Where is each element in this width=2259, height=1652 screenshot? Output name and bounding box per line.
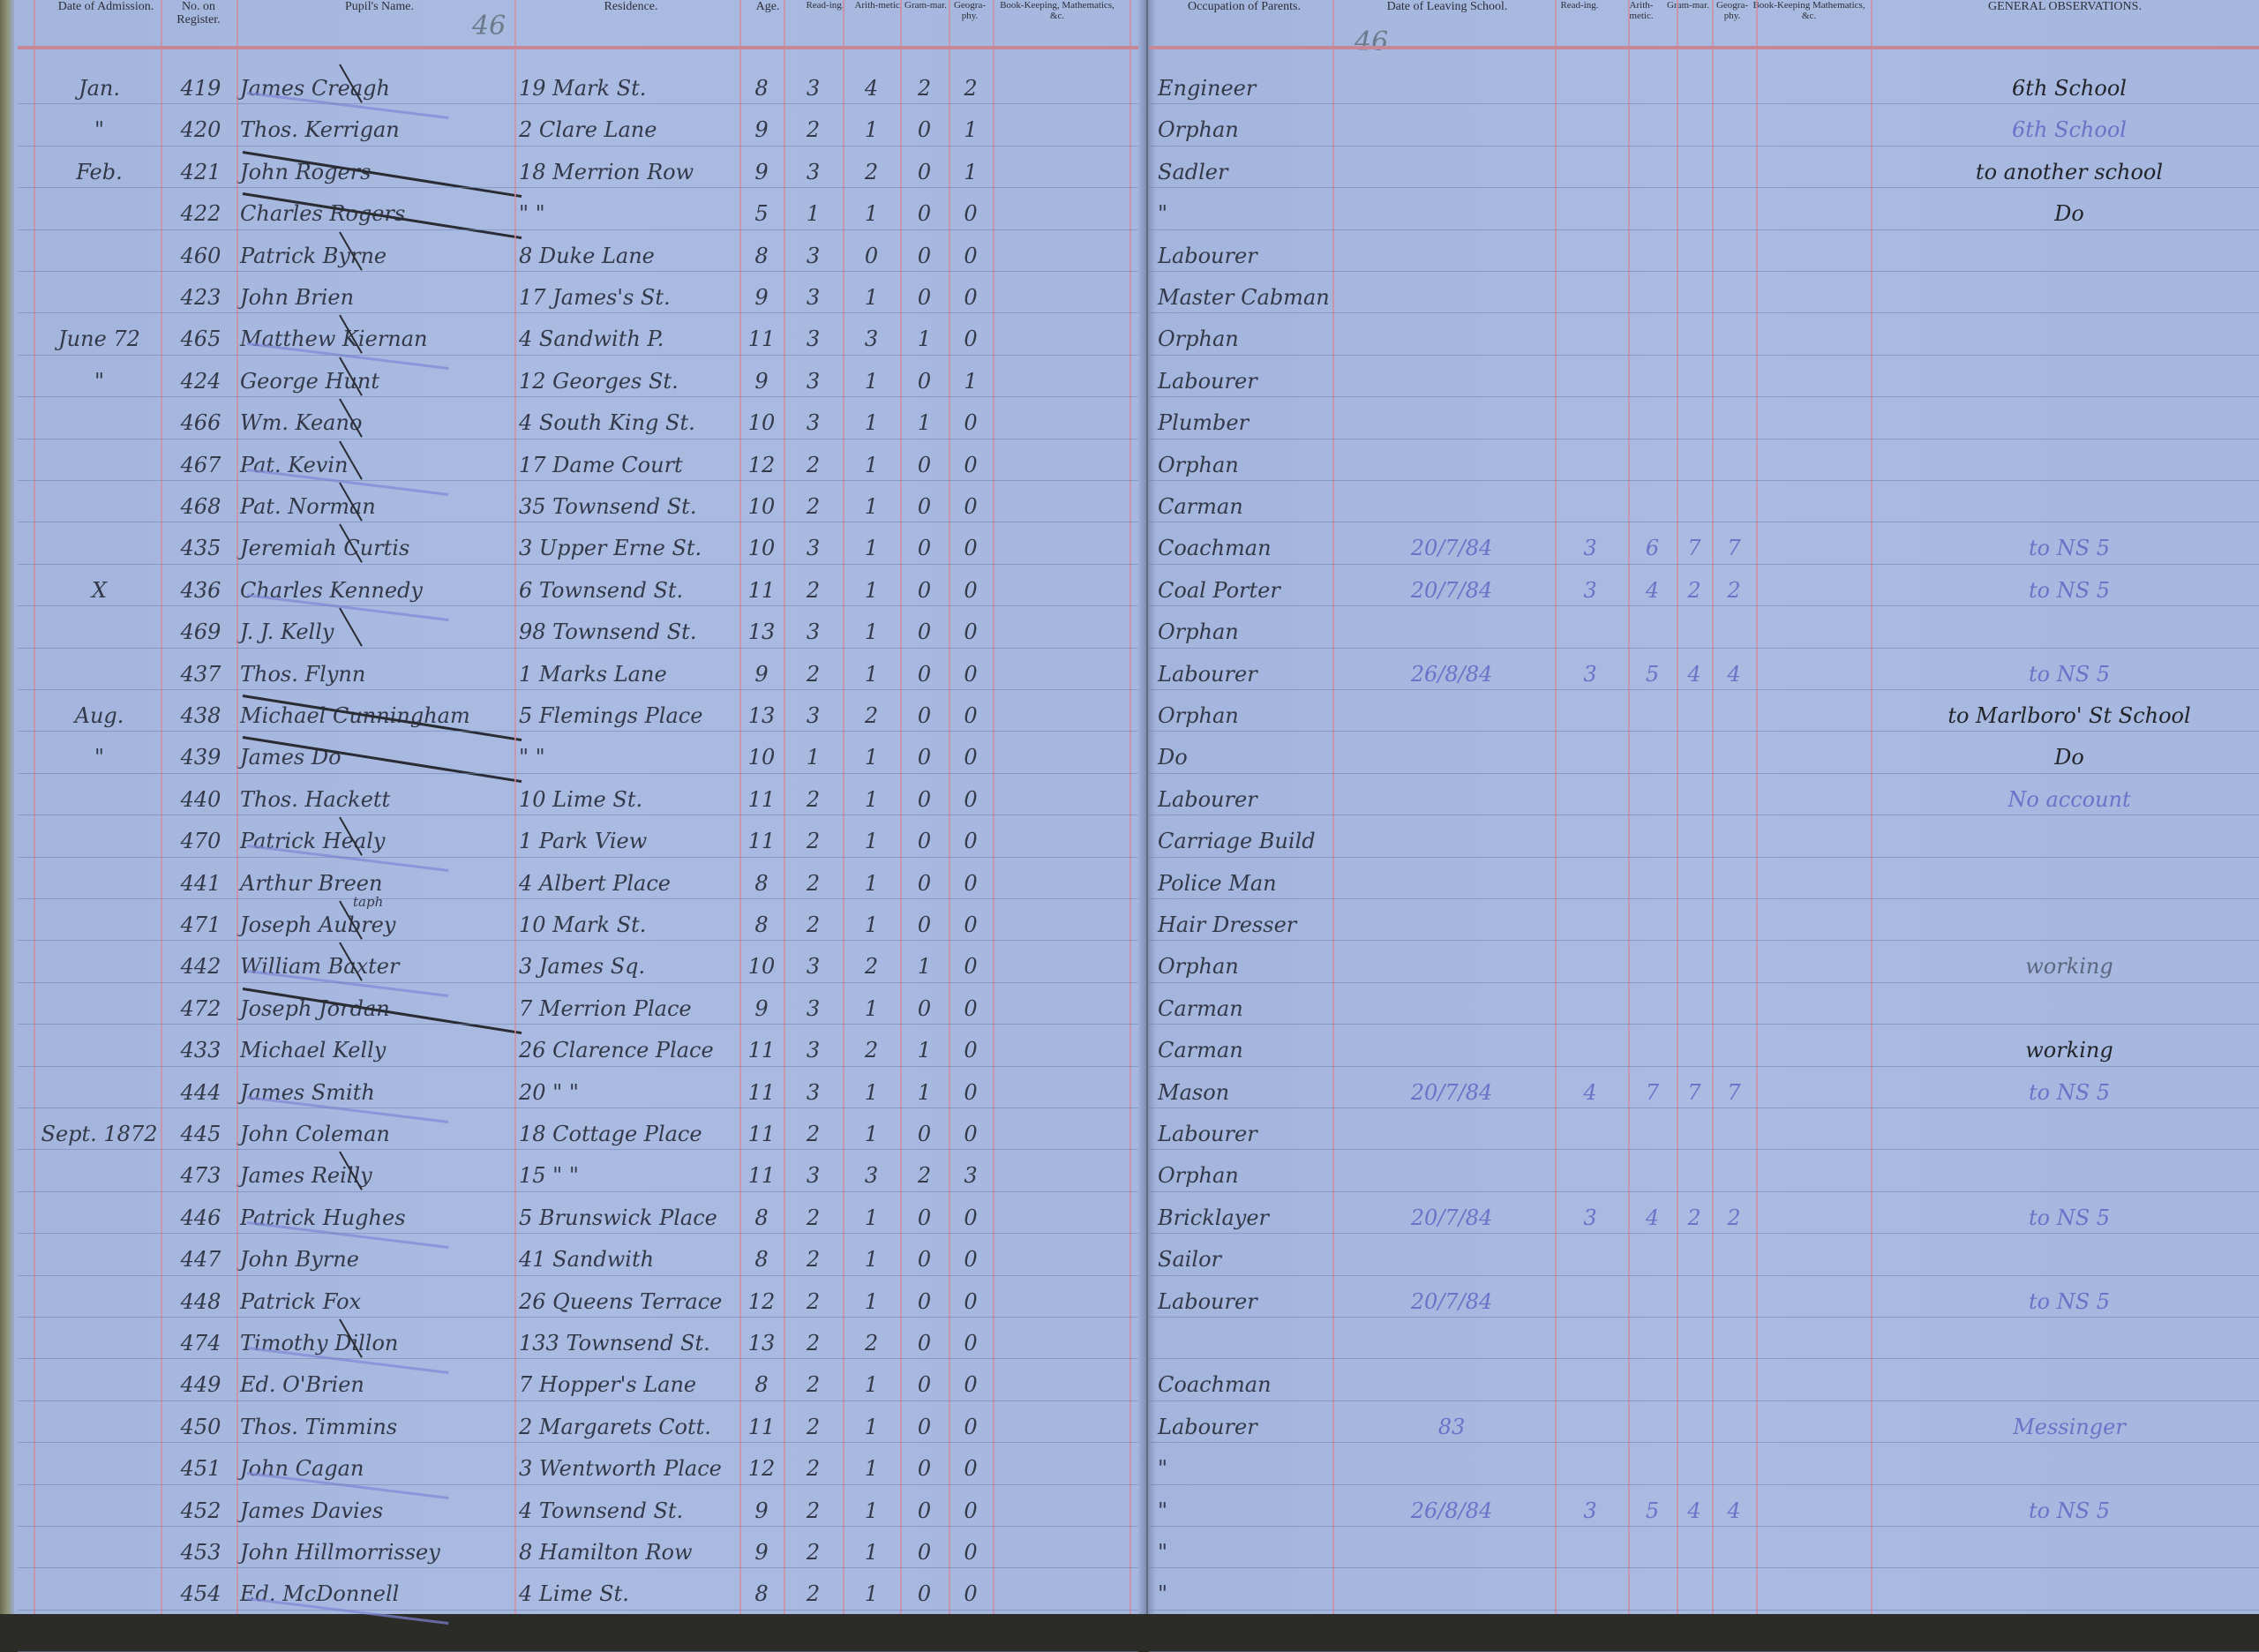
row-rule [18, 1149, 1138, 1150]
header-rule [1149, 46, 2259, 49]
parent-occupation: Coachman [1158, 1373, 1334, 1396]
leaving-reading-grade: 3 [1555, 537, 1625, 559]
parent-occupation: Engineer [1158, 77, 1334, 100]
row-rule [1149, 605, 2259, 606]
row-rule [18, 648, 1138, 649]
header-arithmetic: Arith-metic. [854, 0, 903, 11]
row-rule [1149, 1024, 2259, 1025]
row-rule [1149, 815, 2259, 815]
row-rule [1149, 1442, 2259, 1443]
row-rule [18, 940, 1138, 941]
general-observation: to NS 5 [1888, 663, 2250, 686]
general-observation: working [1888, 955, 2250, 978]
row-rule [18, 1275, 1138, 1276]
column-rule [161, 0, 162, 1614]
parent-occupation: Carriage Build [1158, 830, 1334, 852]
leaving-date: 20/7/84 [1350, 1206, 1553, 1229]
column-rule [1332, 0, 1334, 1614]
row-rule [1149, 146, 2259, 146]
column-rule [949, 0, 950, 1614]
page-number-right: 46 [1355, 26, 1388, 57]
leaving-arithmetic-grade: 6 [1628, 537, 1677, 559]
parent-occupation: Mason [1158, 1081, 1334, 1104]
row-rule [1149, 187, 2259, 188]
row-rule [18, 1567, 1138, 1568]
row-rule [18, 355, 1138, 356]
parent-occupation: Labourer [1158, 244, 1334, 267]
row-rule [18, 146, 1138, 146]
row-rule [18, 815, 1138, 815]
header-book-keeping: Book-Keeping, Mathematics, &c. [995, 0, 1119, 21]
parent-occupation: Orphan [1158, 704, 1334, 727]
row-rule [1149, 982, 2259, 983]
general-observation: Do [1888, 202, 2250, 225]
general-observation: to NS 5 [1888, 1290, 2250, 1313]
row-rule [18, 1066, 1138, 1067]
general-observation: No account [1888, 788, 2250, 811]
parent-occupation: Police Man [1158, 872, 1334, 895]
leaving-arithmetic-grade: 7 [1628, 1081, 1677, 1104]
column-rule [236, 0, 238, 1614]
parent-occupation: Labourer [1158, 370, 1334, 393]
leaving-grammar-grade: 4 [1677, 663, 1712, 686]
header-geography-2: Geogra-phy. [1710, 0, 1754, 21]
row-rule [18, 271, 1138, 272]
leaving-geography-grade: 4 [1712, 663, 1756, 686]
header-general-observations: GENERAL OBSERVATIONS. [1880, 0, 2250, 13]
header-grammar-2: Gram-mar. [1666, 0, 1710, 11]
row-rule [18, 731, 1138, 732]
row-rule [1149, 480, 2259, 481]
row-rule [18, 1317, 1138, 1318]
general-observation: working [1888, 1039, 2250, 1062]
leaving-arithmetic-grade: 4 [1628, 1206, 1677, 1229]
leaving-date: 20/7/84 [1350, 1290, 1553, 1313]
row-rule [1149, 1191, 2259, 1192]
row-rule [18, 898, 1138, 899]
row-rule [1149, 564, 2259, 565]
general-observation: to NS 5 [1888, 1499, 2250, 1522]
row-rule [18, 522, 1138, 522]
leaving-arithmetic-grade: 5 [1628, 663, 1677, 686]
parent-occupation: " [1158, 1499, 1334, 1522]
leaving-grammar-grade: 2 [1677, 1206, 1712, 1229]
leaving-geography-grade: 4 [1712, 1499, 1756, 1522]
header-residence: Residence. [521, 0, 741, 13]
parent-occupation: Carman [1158, 1039, 1334, 1062]
leaving-reading-grade: 3 [1555, 1499, 1625, 1522]
parent-occupation: Carman [1158, 997, 1334, 1020]
row-rule [1149, 1358, 2259, 1359]
general-observation: to NS 5 [1888, 579, 2250, 602]
row-rule [1149, 1066, 2259, 1067]
general-observation: to NS 5 [1888, 1081, 2250, 1104]
parent-occupation: Orphan [1158, 955, 1334, 978]
parent-occupation: Orphan [1158, 327, 1334, 350]
general-observation: to NS 5 [1888, 1206, 2250, 1229]
leaving-geography-grade: 7 [1712, 1081, 1756, 1104]
row-rule [18, 1108, 1138, 1108]
leaving-geography-grade: 2 [1712, 579, 1756, 602]
general-observation: Messinger [1888, 1415, 2250, 1438]
column-rule [1677, 0, 1678, 1614]
row-rule [18, 187, 1138, 188]
row-rule [1149, 689, 2259, 690]
row-rule [18, 689, 1138, 690]
row-rule [1149, 1400, 2259, 1401]
column-rule [1756, 0, 1758, 1614]
parent-occupation: " [1158, 1582, 1334, 1605]
row-rule [18, 564, 1138, 565]
parent-occupation: Labourer [1158, 1415, 1334, 1438]
row-rule [1149, 1275, 2259, 1276]
column-rule [1129, 0, 1131, 1614]
general-observation: 6th School [1888, 77, 2250, 100]
parent-occupation: Hair Dresser [1158, 913, 1334, 936]
leaving-date: 26/8/84 [1350, 663, 1553, 686]
header-occupation: Occupation of Parents. [1156, 0, 1332, 13]
column-rule [900, 0, 902, 1614]
column-rule [1871, 0, 1872, 1614]
row-rule [18, 605, 1138, 606]
row-rule [18, 1484, 1138, 1485]
parent-occupation: Coachman [1158, 537, 1334, 559]
leaving-arithmetic-grade: 5 [1628, 1499, 1677, 1522]
row-rule [1149, 773, 2259, 774]
parent-occupation: Sailor [1158, 1248, 1334, 1271]
row-rule [1149, 1149, 2259, 1150]
leaving-grammar-grade: 7 [1677, 1081, 1712, 1104]
row-rule [1149, 898, 2259, 899]
row-rule [1149, 1233, 2259, 1234]
row-rule [18, 1191, 1138, 1192]
row-rule [1149, 522, 2259, 522]
column-rule [784, 0, 785, 1614]
row-rule [18, 312, 1138, 313]
leaving-date: 20/7/84 [1350, 579, 1553, 602]
parent-occupation: Orphan [1158, 620, 1334, 643]
row-rule [18, 1442, 1138, 1443]
parent-occupation: Carman [1158, 495, 1334, 518]
leaving-date: 20/7/84 [1350, 1081, 1553, 1104]
parent-occupation: Labourer [1158, 1290, 1334, 1313]
parent-occupation: Do [1158, 746, 1334, 769]
row-rule [1149, 271, 2259, 272]
parent-occupation: Coal Porter [1158, 579, 1334, 602]
row-rule [18, 1358, 1138, 1359]
row-rule [18, 396, 1138, 397]
column-rule [843, 0, 844, 1614]
row-rule [18, 103, 1138, 104]
general-observation: to Marlboro' St School [1888, 704, 2250, 727]
row-rule [18, 1400, 1138, 1401]
column-rule [739, 0, 741, 1614]
row-rule [1149, 103, 2259, 104]
parent-occupation: " [1158, 1541, 1334, 1564]
leaving-geography-grade: 2 [1712, 1206, 1756, 1229]
parent-occupation: Labourer [1158, 663, 1334, 686]
register-book: Date of Admission. No. on Register. Pupi… [0, 0, 2259, 1614]
row-rule [1149, 1610, 2259, 1611]
row-rule [1149, 857, 2259, 858]
header-no-on-register: No. on Register. [163, 0, 234, 26]
row-rule [18, 439, 1138, 439]
column-rule [34, 0, 35, 1614]
parent-occupation: Orphan [1158, 454, 1334, 477]
row-rule [18, 1233, 1138, 1234]
leaving-date: 20/7/84 [1350, 537, 1553, 559]
leaving-date: 26/8/84 [1350, 1499, 1553, 1522]
general-observation: to NS 5 [1888, 537, 2250, 559]
row-rule [1149, 312, 2259, 313]
leaving-reading-grade: 3 [1555, 663, 1625, 686]
leaving-grammar-grade: 2 [1677, 579, 1712, 602]
row-rule [1149, 1567, 2259, 1568]
row-rule [18, 857, 1138, 858]
row-rule [1149, 648, 2259, 649]
row-rule [1149, 229, 2259, 230]
general-observation: Do [1888, 746, 2250, 769]
row-rule [18, 1024, 1138, 1025]
row-rule [18, 1610, 1138, 1611]
row-rule [1149, 439, 2259, 439]
leaving-geography-grade: 7 [1712, 537, 1756, 559]
header-rule [18, 46, 1138, 49]
leaving-grammar-grade: 7 [1677, 537, 1712, 559]
row-rule [18, 773, 1138, 774]
parent-occupation: Master Cabman [1158, 286, 1334, 309]
row-rule [1149, 1108, 2259, 1108]
leaving-reading-grade: 3 [1555, 1206, 1625, 1229]
column-rule [993, 0, 994, 1614]
page-number: 46 [472, 11, 506, 41]
header-date-leaving: Date of Leaving School. [1341, 0, 1553, 13]
parent-occupation: Orphan [1158, 1164, 1334, 1187]
row-rule [1149, 396, 2259, 397]
leaving-reading-grade: 4 [1555, 1081, 1625, 1104]
parent-occupation: Labourer [1158, 788, 1334, 811]
row-rule [1149, 1526, 2259, 1527]
header-grammar: Gram-mar. [902, 0, 949, 11]
column-rule [1628, 0, 1630, 1614]
row-rule [1149, 355, 2259, 356]
header-age: Age. [741, 0, 794, 13]
row-rule [1149, 940, 2259, 941]
header-reading-2: Read-ing. [1557, 0, 1602, 11]
row-rule [1149, 1484, 2259, 1485]
parent-occupation: Bricklayer [1158, 1206, 1334, 1229]
column-rule [1712, 0, 1714, 1614]
column-rule [1555, 0, 1557, 1614]
header-date-of-admission: Date of Admission. [53, 0, 159, 13]
row-rule [18, 1526, 1138, 1527]
parent-occupation: Orphan [1158, 118, 1334, 141]
row-rule [1149, 1317, 2259, 1318]
general-observation: to another school [1888, 161, 2250, 184]
parent-occupation: " [1158, 1457, 1334, 1480]
row-rule [18, 982, 1138, 983]
header-geography: Geogra-phy. [948, 0, 992, 21]
parent-occupation: " [1158, 202, 1334, 225]
parent-occupation: Sadler [1158, 161, 1334, 184]
parent-occupation: Labourer [1158, 1123, 1334, 1145]
row-rule [18, 229, 1138, 230]
row-rule [1149, 731, 2259, 732]
leaving-date: 83 [1350, 1415, 1553, 1438]
column-rule [514, 0, 516, 1614]
header-arithmetic-2: Arith-metic. [1619, 0, 1663, 21]
leaving-reading-grade: 3 [1555, 579, 1625, 602]
leaving-arithmetic-grade: 4 [1628, 579, 1677, 602]
row-rule [18, 480, 1138, 481]
general-observation: 6th School [1888, 118, 2250, 141]
leaving-grammar-grade: 4 [1677, 1499, 1712, 1522]
parent-occupation: Plumber [1158, 411, 1334, 434]
header-book-keeping-2: Book-Keeping Mathematics, &c. [1752, 0, 1866, 21]
